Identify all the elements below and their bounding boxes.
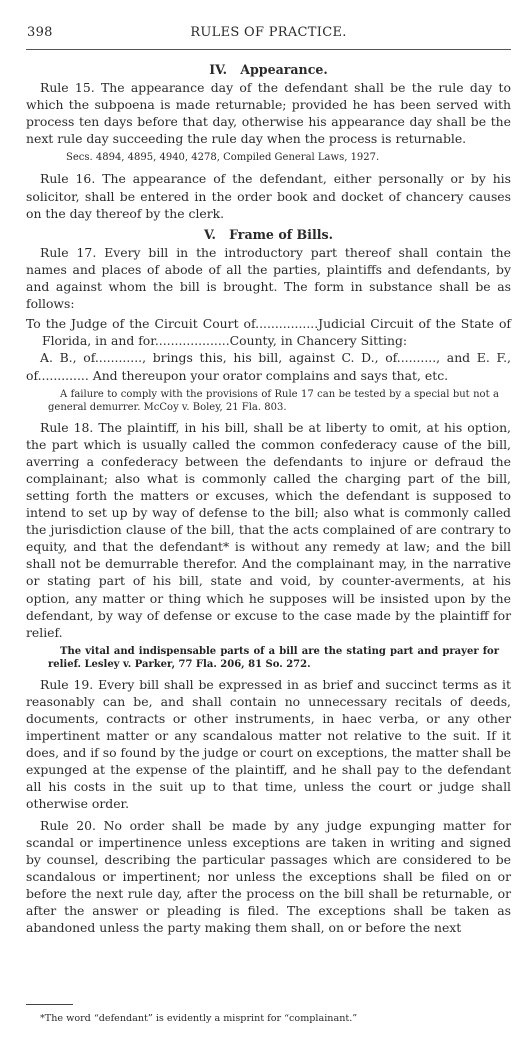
footnote: *The word “defendant” is evidently a mis… xyxy=(40,1013,357,1024)
section-heading-frame-of-bills: V. Frame of Bills. xyxy=(26,226,511,243)
bill-form-parties: A. B., of............, brings this, his … xyxy=(26,349,511,383)
rule-15-citation: Secs. 4894, 4895, 4940, 4278, Compiled G… xyxy=(66,151,511,165)
header-divider xyxy=(26,49,511,50)
rule-17-annotation: A failure to comply with the provisions … xyxy=(48,388,499,415)
rule-18-annotation: The vital and indispensable parts of a b… xyxy=(48,645,499,672)
bill-form: To the Judge of the Circuit Court of....… xyxy=(26,315,511,383)
footnote-divider xyxy=(26,1004,73,1005)
running-title: RULES OF PRACTICE. xyxy=(26,25,511,40)
rule-18: Rule 18. The plaintiff, in his bill, sha… xyxy=(26,419,511,641)
rule-15: Rule 15. The appearance day of the defen… xyxy=(26,79,511,147)
rule-16: Rule 16. The appearance of the defendant… xyxy=(26,170,511,221)
bill-form-address: To the Judge of the Circuit Court of....… xyxy=(26,315,511,349)
rule-17: Rule 17. Every bill in the introductory … xyxy=(26,244,511,312)
page-body: IV. Appearance. Rule 15. The appearance … xyxy=(26,57,511,936)
section-heading-appearance: IV. Appearance. xyxy=(26,61,511,78)
rule-20: Rule 20. No order shall be made by any j… xyxy=(26,817,511,937)
page-header: 398 RULES OF PRACTICE. xyxy=(26,25,511,45)
rule-19: Rule 19. Every bill shall be expressed i… xyxy=(26,676,511,813)
